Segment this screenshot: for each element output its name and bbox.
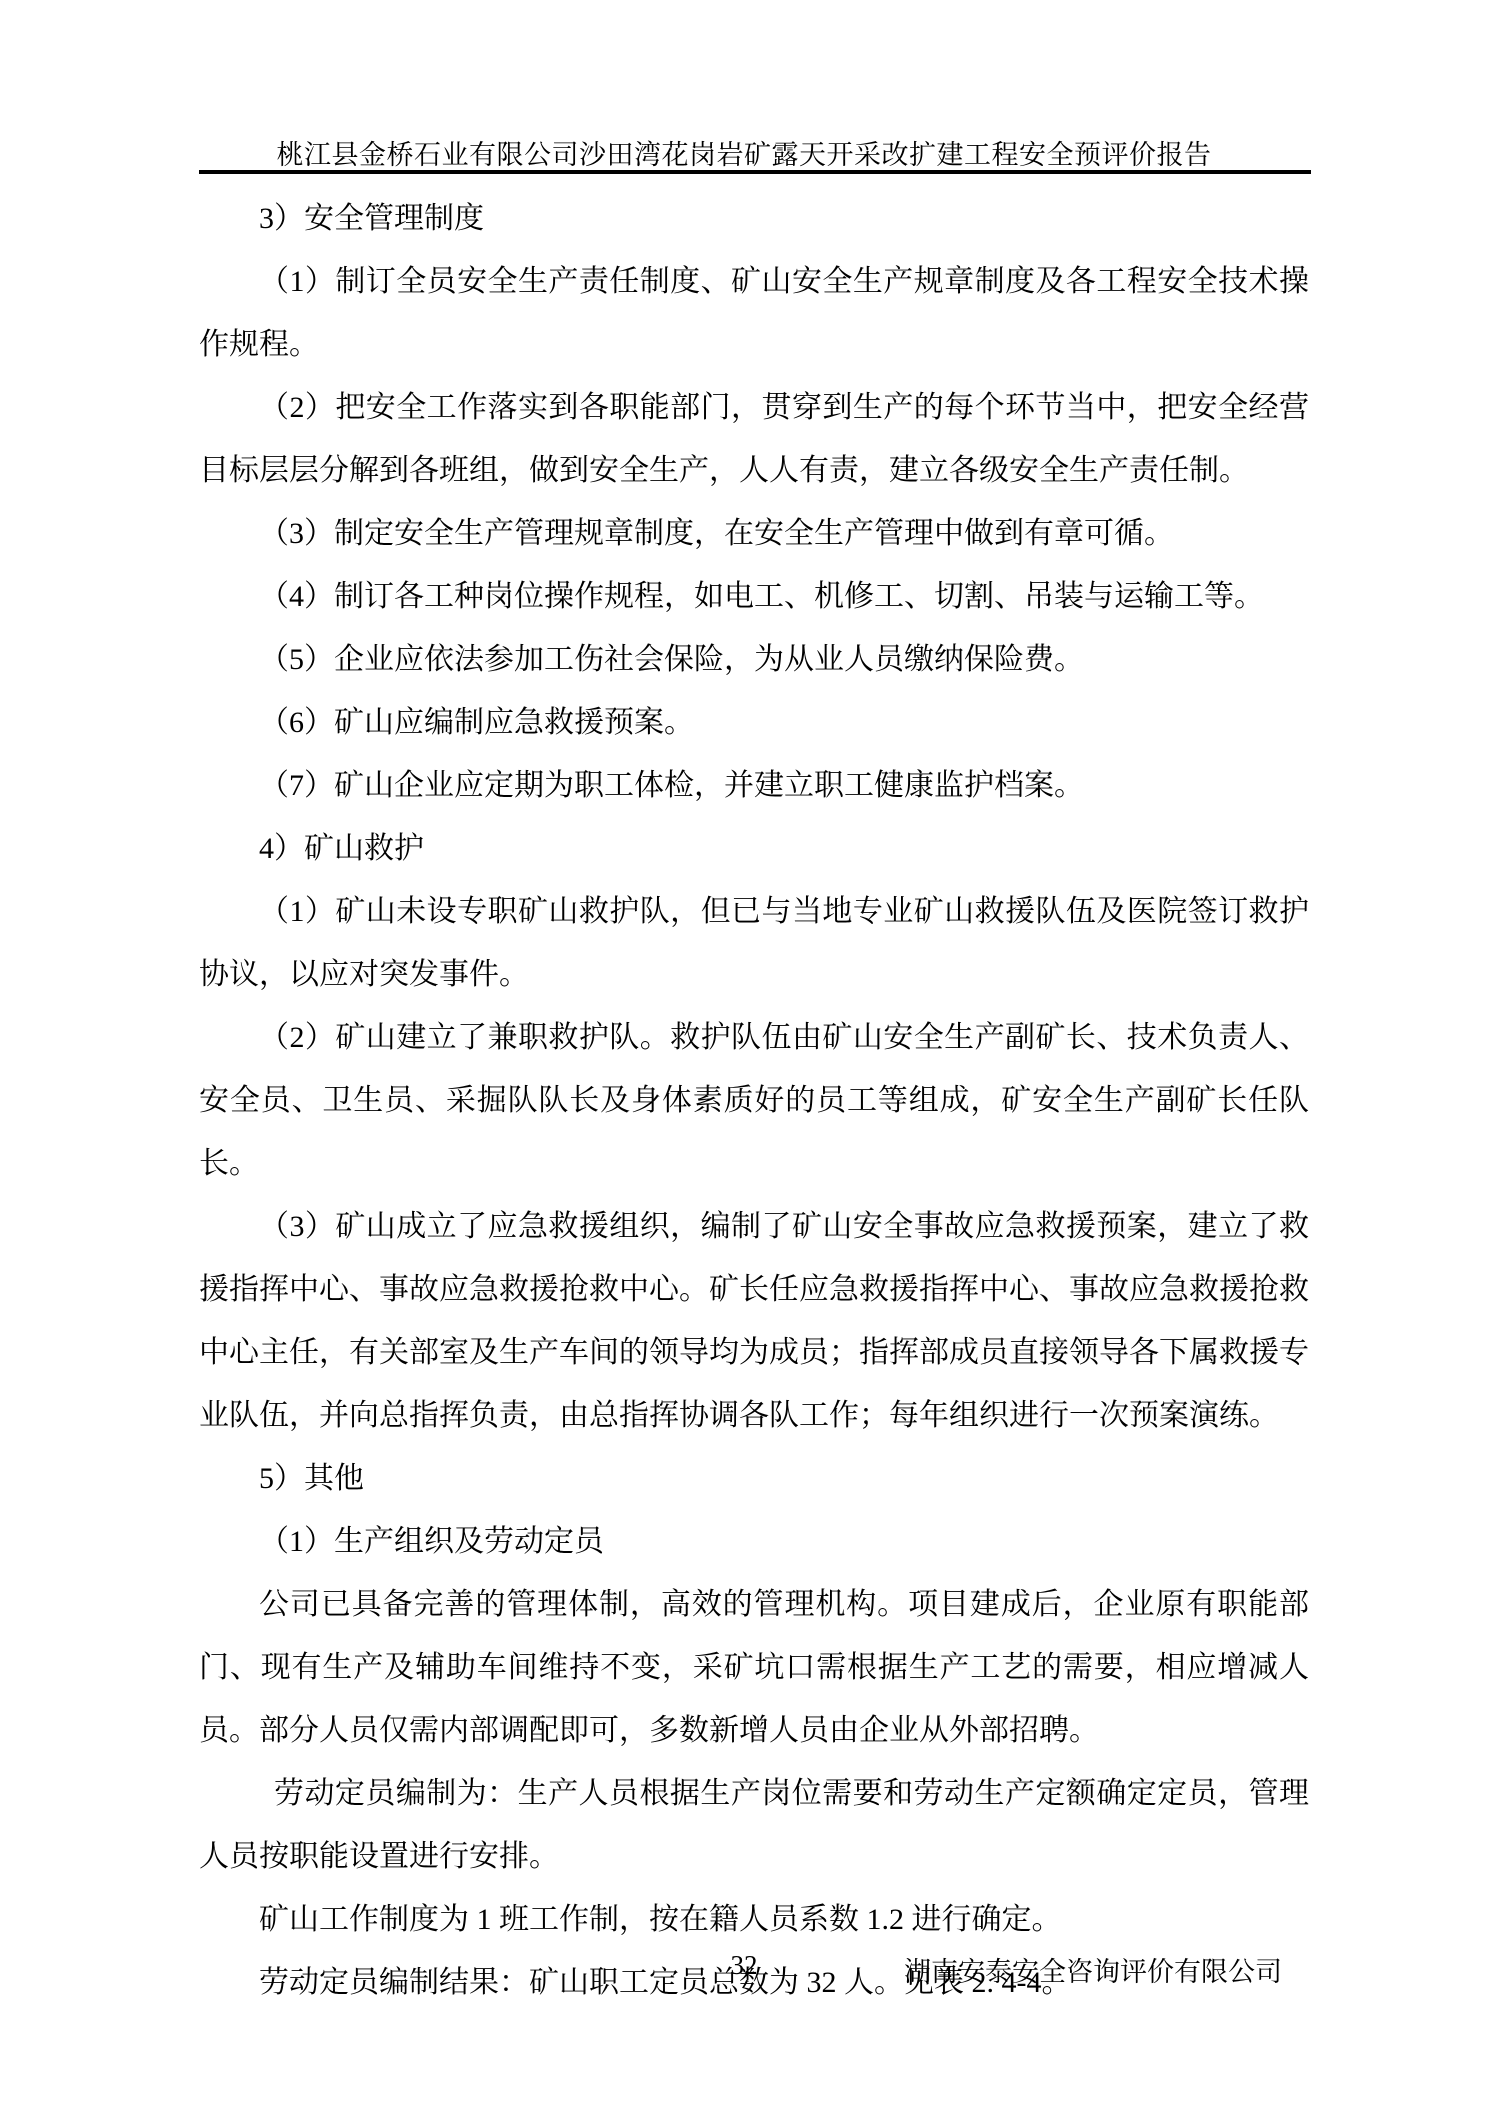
body-paragraph: 公司已具备完善的管理体制，高效的管理机构。项目建成后，企业原有职能部门、现有生产… xyxy=(199,1573,1309,1762)
list-item-paragraph: （3）矿山成立了应急救援组织，编制了矿山安全事故应急救援预案，建立了救援指挥中心… xyxy=(199,1195,1309,1447)
body-paragraph: 矿山工作制度为 1 班工作制，按在籍人员系数 1.2 进行确定。 xyxy=(199,1888,1309,1951)
section-heading-mine-rescue: 4）矿山救护 xyxy=(199,817,1309,880)
list-item-paragraph: （6）矿山应编制应急救援预案。 xyxy=(199,691,1309,754)
list-item-paragraph: （5）企业应依法参加工伤社会保险，为从业人员缴纳保险费。 xyxy=(199,628,1309,691)
page-footer: 32 湖南安泰安全咨询评价有限公司 xyxy=(0,1950,1488,1990)
document-page: 桃江县金桥石业有限公司沙田湾花岗岩矿露天开采改扩建工程安全预评价报告 3）安全管… xyxy=(0,0,1488,2104)
subsection-heading-staffing: （1）生产组织及劳动定员 xyxy=(199,1510,1309,1573)
list-item-paragraph: （1）制订全员安全生产责任制度、矿山安全生产规章制度及各工程安全技术操作规程。 xyxy=(199,250,1309,376)
section-heading-safety-management: 3）安全管理制度 xyxy=(199,187,1309,250)
list-item-paragraph: （3）制定安全生产管理规章制度，在安全生产管理中做到有章可循。 xyxy=(199,502,1309,565)
list-item-paragraph: （2）把安全工作落实到各职能部门，贯穿到生产的每个环节当中，把安全经营目标层层分… xyxy=(199,376,1309,502)
list-item-paragraph: （4）制订各工种岗位操作规程，如电工、机修工、切割、吊装与运输工等。 xyxy=(199,565,1309,628)
list-item-paragraph: （2）矿山建立了兼职救护队。救护队伍由矿山安全生产副矿长、技术负责人、安全员、卫… xyxy=(199,1006,1309,1195)
header-rule xyxy=(199,170,1311,174)
page-header-title: 桃江县金桥石业有限公司沙田湾花岗岩矿露天开采改扩建工程安全预评价报告 xyxy=(188,133,1300,172)
list-item-paragraph: （7）矿山企业应定期为职工体检，并建立职工健康监护档案。 xyxy=(199,754,1309,817)
footer-company-name: 湖南安泰安全咨询评价有限公司 xyxy=(904,1950,1282,1989)
list-item-paragraph: （1）矿山未设专职矿山救护队，但已与当地专业矿山救援队伍及医院签订救护协议，以应… xyxy=(199,880,1309,1006)
document-body: 3）安全管理制度 （1）制订全员安全生产责任制度、矿山安全生产规章制度及各工程安… xyxy=(199,187,1309,2014)
section-heading-other: 5）其他 xyxy=(199,1447,1309,1510)
body-paragraph: 劳动定员编制为：生产人员根据生产岗位需要和劳动生产定额确定定员，管理人员按职能设… xyxy=(199,1762,1309,1888)
